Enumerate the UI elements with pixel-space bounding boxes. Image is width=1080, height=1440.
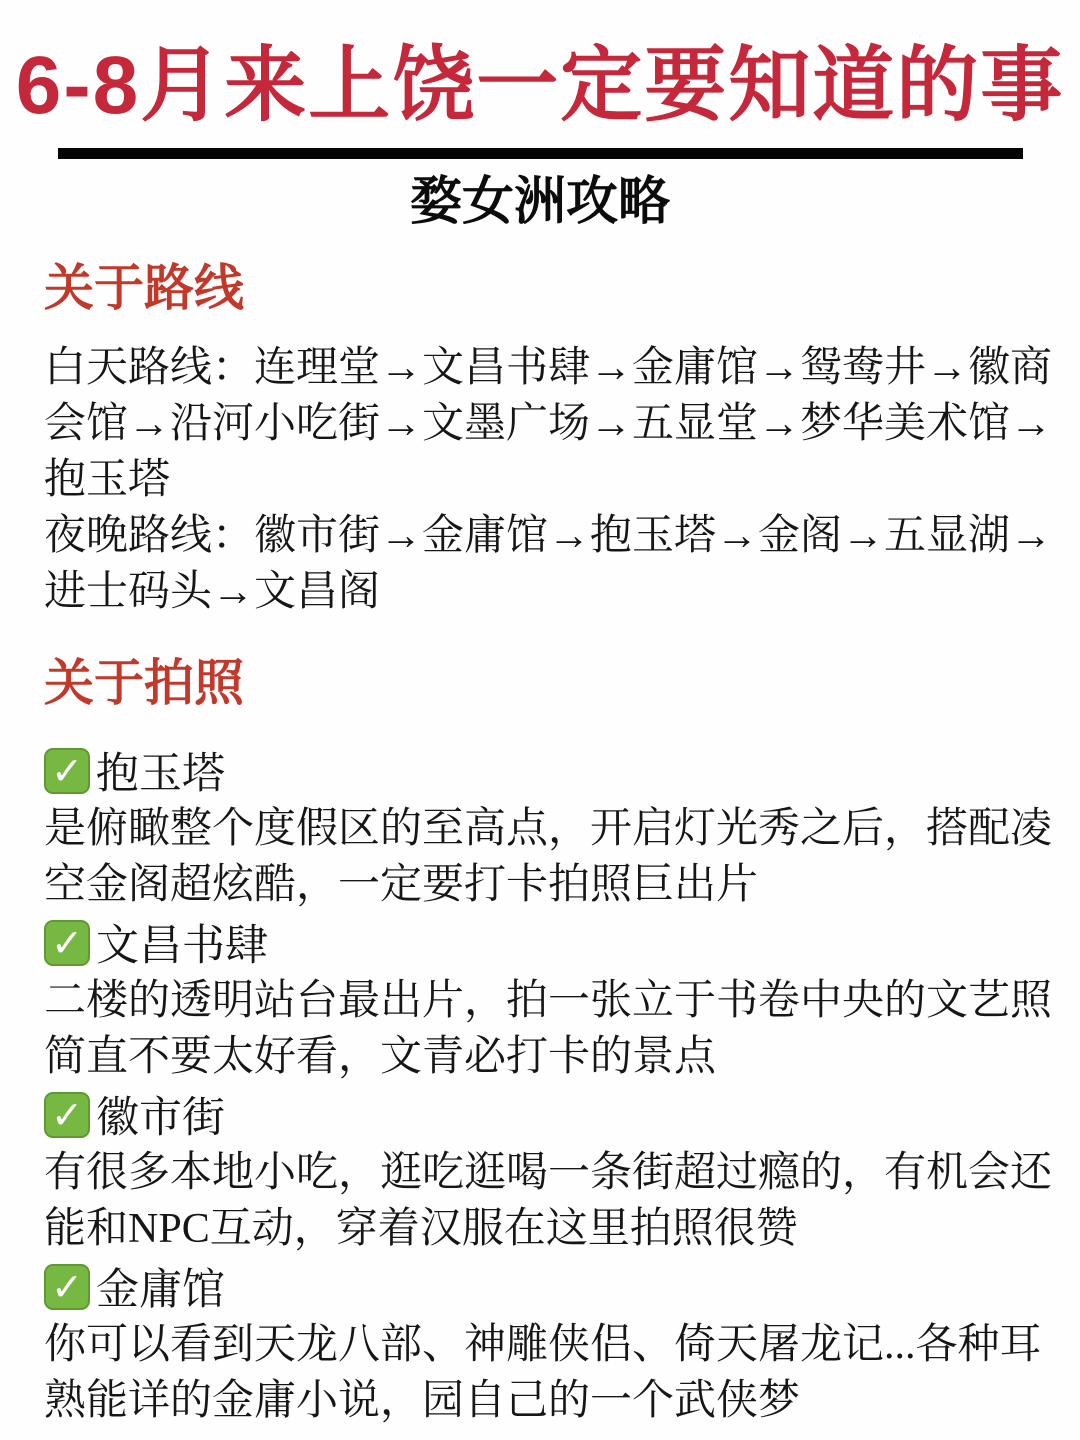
spot-desc-line: 是俯瞰整个度假区的至高点，开启灯光秀之后，搭配凌 bbox=[44, 801, 1036, 857]
route-text-line: 进士码头→文昌阁 bbox=[44, 564, 1036, 620]
subtitle: 婺女洲攻略 bbox=[0, 173, 1080, 233]
section-heading: 关于路线 bbox=[44, 261, 1036, 316]
spot-name: 金庸馆 bbox=[96, 1256, 225, 1317]
poster-content: 关于路线白天路线：连理堂→文昌书肆→金庸馆→鸳鸯井→徽商会馆→沿河小吃街→文墨广… bbox=[0, 261, 1080, 1429]
spot-item-title: ✓金庸馆 bbox=[44, 1257, 1036, 1317]
poster-header: 6-8月来上饶一定要知道的事 婺女洲攻略 bbox=[0, 40, 1080, 233]
travel-guide-poster: 6-8月来上饶一定要知道的事 婺女洲攻略 关于路线白天路线：连理堂→文昌书肆→金… bbox=[0, 0, 1080, 1440]
route-text-line: 会馆→沿河小吃街→文墨广场→五显堂→梦华美术馆→ bbox=[44, 396, 1036, 452]
check-icon: ✓ bbox=[44, 748, 90, 794]
section-heading: 关于拍照 bbox=[44, 656, 1036, 711]
title-divider bbox=[58, 148, 1023, 159]
spot-item-title: ✓抱玉塔 bbox=[44, 741, 1036, 801]
spot-item-title: ✓徽市街 bbox=[44, 1085, 1036, 1145]
route-text-line: 抱玉塔 bbox=[44, 452, 1036, 508]
check-icon: ✓ bbox=[44, 1264, 90, 1310]
spot-name: 抱玉塔 bbox=[96, 740, 225, 801]
spot-desc-line: 能和NPC互动，穿着汉服在这里拍照很赞 bbox=[44, 1201, 1036, 1257]
page-title: 6-8月来上饶一定要知道的事 bbox=[10, 40, 1070, 132]
spot-name: 徽市街 bbox=[96, 1084, 225, 1145]
spot-item-title: ✓文昌书肆 bbox=[44, 913, 1036, 973]
spot-desc-line: 熟能详的金庸小说，园自己的一个武侠梦 bbox=[44, 1373, 1036, 1429]
spot-desc-line: 简直不要太好看，文青必打卡的景点 bbox=[44, 1029, 1036, 1085]
route-text-line: 夜晚路线：徽市街→金庸馆→抱玉塔→金阁→五显湖→ bbox=[44, 508, 1036, 564]
spot-desc-line: 有很多本地小吃，逛吃逛喝一条街超过瘾的，有机会还 bbox=[44, 1145, 1036, 1201]
check-icon: ✓ bbox=[44, 920, 90, 966]
spot-desc-line: 空金阁超炫酷，一定要打卡拍照巨出片 bbox=[44, 857, 1036, 913]
spot-name: 文昌书肆 bbox=[96, 912, 268, 973]
route-text-line: 白天路线：连理堂→文昌书肆→金庸馆→鸳鸯井→徽商 bbox=[44, 340, 1036, 396]
spot-desc-line: 你可以看到天龙八部、神雕侠侣、倚天屠龙记...各种耳 bbox=[44, 1317, 1036, 1373]
check-icon: ✓ bbox=[44, 1092, 90, 1138]
spot-desc-line: 二楼的透明站台最出片，拍一张立于书卷中央的文艺照 bbox=[44, 973, 1036, 1029]
